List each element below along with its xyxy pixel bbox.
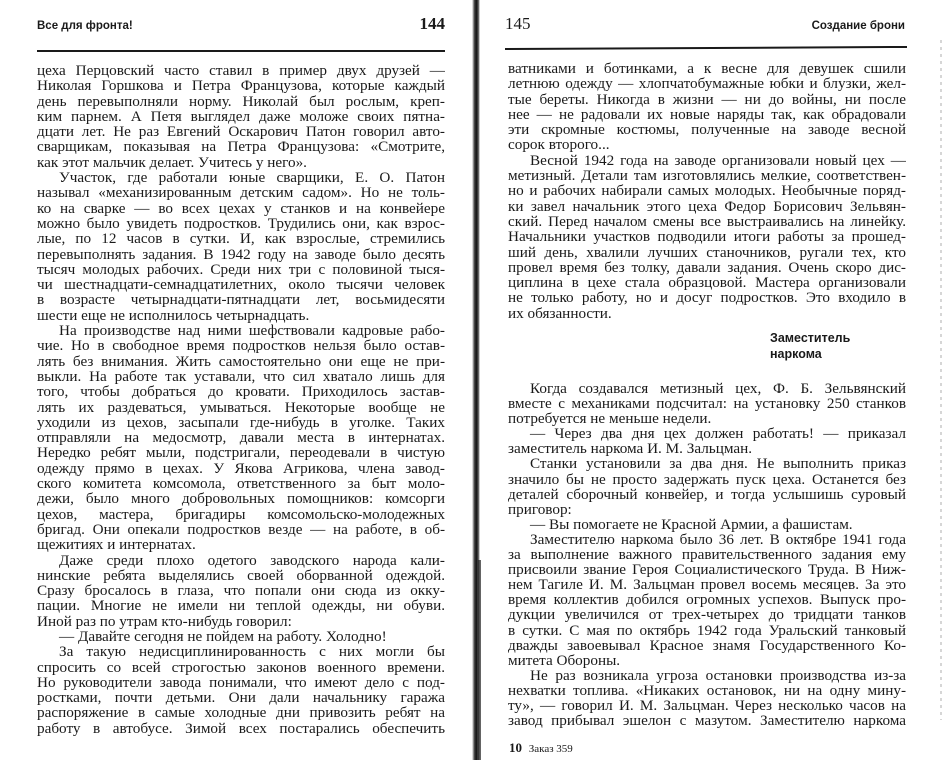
text-line: Станки установили за два дня. Не выполни… [508, 456, 906, 471]
text-line: эти скромные костюмы, полученные на заво… [508, 122, 906, 137]
text-line: дукции увеличился от трех-четырех до три… [508, 607, 906, 622]
text-line: — Вы помогаете не Красной Армии, а фашис… [508, 517, 906, 532]
text-line: работу в автобусе. Зимой всех постаралис… [37, 721, 445, 736]
text-line: перевыполнять задания. В 1942 году на за… [37, 247, 445, 262]
text-line: тые береты. Никогда в жизни — ни до войн… [508, 92, 906, 107]
text-line: ский. Перед началом смены все выстраивал… [508, 214, 906, 229]
text-line: спросить со всей строгостью законов воен… [37, 660, 445, 675]
text-line: Иной раз по утрам кто-нибудь говорил: [37, 614, 445, 629]
text-line: тысяч молодых рабочих. Среди них три с п… [37, 262, 445, 277]
running-title: Все для фронта! [37, 20, 133, 32]
text-line: но и рабочих набирали самых молодых. Нео… [508, 183, 906, 198]
text-line: Весной 1942 года на заводе организовали … [508, 153, 906, 168]
text-line: Сразу бросалось в глаза, что попали они … [37, 583, 445, 598]
text-line: Не раз возникала угроза остановки произв… [508, 668, 906, 683]
text-line: за выполнение важного правительственного… [508, 547, 906, 562]
text-line: распоряжение в самые холодные дни привоз… [37, 705, 445, 720]
text-line: дважды завоевывал Красное знамя Государс… [508, 638, 906, 653]
text-line: бригад. Они опекали подростков везде — н… [37, 522, 445, 537]
text-line: отправляли на медосмотр, давали места в … [37, 430, 445, 445]
text-line: нее — не радовали их новые наряды так, к… [508, 107, 906, 122]
text-line: Заместителю наркома было 36 лет. В октяб… [508, 532, 906, 547]
page-number: 144 [420, 14, 446, 34]
page-number: 145 [505, 14, 531, 34]
text-line: сорок второго... [508, 137, 906, 152]
text-line: в сутки. С мая по октябрь 1942 года Урал… [508, 623, 906, 638]
text-line: Но руководители завода понимали, что име… [37, 675, 445, 690]
text-line: можно было увидеть подростков. Трудились… [37, 216, 445, 231]
text-line: ко на сварке — во всех цехах у станков и… [37, 201, 445, 216]
text-line: уходили из цехов, засыпали где-нибудь в … [37, 415, 445, 430]
text-line: шести еще не исполнилось четырнадцать. [37, 308, 445, 323]
text-line: митета Обороны. [508, 653, 906, 668]
right-page-header: 145 Создание брони [505, 14, 905, 36]
text-line: называл «механизированным детским садом»… [37, 185, 445, 200]
signature-number: 10 [509, 740, 522, 755]
text-line: пации. Многие не имели ни теплой одежды,… [37, 598, 445, 613]
right-page-body-text: ватниками и ботинками, а к весне для дев… [508, 61, 906, 321]
left-page-body-text: цеха Перцовский часто ставил в пример дв… [37, 63, 445, 736]
text-line: щежитиях и интернатах. [37, 537, 445, 552]
text-line: Даже среди плохо одетого заводского наро… [37, 553, 445, 568]
text-line: ким парнем. А Петя выглядел даже моложе … [37, 109, 445, 124]
text-line: ского комитета комсомола, ответственного… [37, 476, 445, 491]
text-line: — Давайте сегодня не пойдем на работу. Х… [37, 629, 445, 644]
text-line: летнюю одежду — хлопчатобумажные юбки и … [508, 76, 906, 91]
text-line: в возрасте четырнадцати-пятнадцати лет, … [37, 292, 445, 307]
text-line: лять без внимания. Жить самостоятельно о… [37, 354, 445, 369]
text-line: дцати лет. Не раз Евгений Оскарович Пато… [37, 124, 445, 139]
text-line: не только работу, но и досуг подростков.… [508, 290, 906, 305]
text-line: Николая Горшкова и Петра Французова, кот… [37, 78, 445, 93]
text-line: ту», — говорил И. М. Зальцман. Через нес… [508, 698, 906, 713]
header-rule [505, 46, 907, 50]
text-line: Нередко ребят мыли, подстригали, переоде… [37, 445, 445, 460]
text-line: приговор: [508, 502, 906, 517]
text-line: деталей сборочный конвейер, и тогда услы… [508, 487, 906, 502]
printer-signature: 10 Заказ 359 [509, 740, 573, 756]
text-line: — Через два дня цех должен работать! — п… [508, 426, 906, 441]
left-page: Все для фронта! 144 цеха Перцовский част… [0, 0, 472, 760]
text-line: ший день, хвалили лучших станочников, ру… [508, 245, 906, 260]
text-line: как этот мальчик делает. Учитесь у него»… [37, 155, 445, 170]
text-line: Когда создавался метизный цех, Ф. Б. Зел… [508, 381, 906, 396]
text-line: значило бы не просто задержать пуск цеха… [508, 472, 906, 487]
text-line: метизный. Детали там изготовлялись мелки… [508, 168, 906, 183]
section-heading: Заместитель наркома [770, 330, 850, 362]
text-line: Начальники участков подводили итоги рабо… [508, 229, 906, 244]
text-line: нехватки топлива. «Никаких остановок, ни… [508, 683, 906, 698]
text-line: ростками, почти детьми. Они дали начальн… [37, 690, 445, 705]
text-line: циплина в цехе стала образцовой. Мастера… [508, 275, 906, 290]
text-line: сварщикам, показывая на Петра Французова… [37, 139, 445, 154]
text-line: нем Тагиле И. М. Зальцман провел восемь … [508, 577, 906, 592]
running-title: Создание брони [812, 20, 905, 32]
text-line: цехов, мастера, бригадиры комсомольско-м… [37, 507, 445, 522]
text-line: вместе с механиками подсчитал: на устано… [508, 396, 906, 411]
header-rule [37, 50, 445, 52]
text-line: время коллектив добился огромных успехов… [508, 592, 906, 607]
text-line: заместитель наркома И. М. Зальцман. [508, 441, 906, 456]
text-line: завод прибывал эшелон с мазутом. Замести… [508, 713, 906, 728]
text-line: их обязанности. [508, 306, 906, 321]
text-line: Участок, где работали юные сварщики, Е. … [37, 170, 445, 185]
text-line: дежи, было много добровольных помощников… [37, 491, 445, 506]
text-line: За такую недисциплинированность с них мо… [37, 644, 445, 659]
text-line: того, чтобы добраться до кровати. Приход… [37, 384, 445, 399]
text-line: выкли. На работе так уставали, что сил х… [37, 369, 445, 384]
text-line: одежду прямо в цехах. У Якова Агрикова, … [37, 461, 445, 476]
text-line: провел время без толку, давали задания. … [508, 260, 906, 275]
print-order: Заказ 359 [529, 743, 573, 755]
section-heading-line: наркома [770, 346, 850, 362]
text-line: лять их раздеваться, умываться. Некоторы… [37, 400, 445, 415]
text-line: цеха Перцовский часто ставил в пример дв… [37, 63, 445, 78]
text-line: нинские ребята выделялись своей оборванн… [37, 568, 445, 583]
right-page: 145 Создание брони ватниками и ботинками… [478, 0, 950, 760]
right-page-section-text: Когда создавался метизный цех, Ф. Б. Зел… [508, 381, 906, 728]
section-heading-line: Заместитель [770, 330, 850, 346]
text-line: чи шестнадцати-семнадцатилетних, около т… [37, 277, 445, 292]
text-line: ватниками и ботинками, а к весне для дев… [508, 61, 906, 76]
text-line: потребуется не меньше недели. [508, 411, 906, 426]
text-line: лые, по 12 часов в сутки. И, как взрослы… [37, 231, 445, 246]
left-page-header: Все для фронта! 144 [37, 14, 445, 36]
text-line: день перевыполняли норму. Николай был ро… [37, 94, 445, 109]
text-line: На производстве над ними шефствовали кад… [37, 323, 445, 338]
text-line: чие. Но в свободное время подростков нел… [37, 338, 445, 353]
text-line: присвоили звание Героя Социалистического… [508, 562, 906, 577]
text-line: ки завел начальник этого цеха Федор Бори… [508, 199, 906, 214]
